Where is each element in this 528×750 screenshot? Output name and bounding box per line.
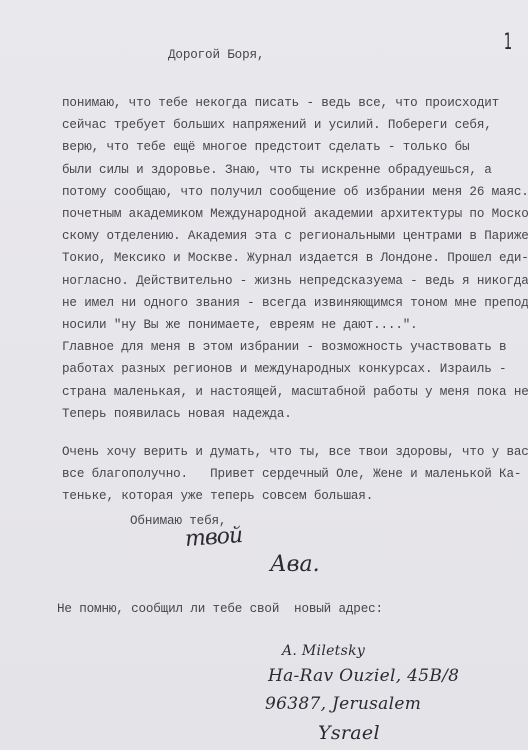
text-line: Теперь появилась новая надежда. (62, 406, 292, 422)
text-line: все благополучно. Привет сердечный Оле, … (62, 466, 521, 482)
text-line: верю, что тебе ещё многое предстоит сдел… (62, 139, 469, 155)
text-line: почетным академиком Международной академ… (62, 206, 528, 222)
text-line: ногласно. Действительно - жизнь непредск… (62, 273, 528, 289)
letter-page: 1 Дорогой Боря, понимаю, что тебе некогд… (0, 0, 528, 750)
text-line: Очень хочу верить и думать, что ты, все … (62, 444, 528, 460)
text-line: Главное для меня в этом избрании - возмо… (62, 339, 506, 355)
text-line: понимаю, что тебе некогда писать - ведь … (62, 95, 499, 111)
address-country: Ysrael (318, 722, 380, 744)
signature-line-1: твой (184, 523, 243, 552)
text-line: были силы и здоровье. Знаю, что ты искре… (62, 162, 492, 178)
text-line: носили "ну Вы же понимаете, евреям не да… (62, 317, 418, 333)
signature-line-2: Ава. (270, 552, 320, 577)
address-name: A. Miletsky (282, 643, 365, 659)
text-line: не имел ни одного звания - всегда извиня… (62, 295, 528, 311)
text-line: теньке, которая уже теперь совсем больша… (62, 488, 373, 504)
text-line: сейчас требует больших напряжений и усил… (62, 117, 492, 133)
text-line: скому отделению. Академия эта с регионал… (62, 228, 528, 244)
text-line: потому сообщаю, что получил сообщение об… (62, 184, 528, 200)
address-street: Ha-Rav Ouziel, 45B/8 (268, 666, 459, 686)
text-line: Токио, Мексико и Москве. Журнал издается… (62, 250, 528, 266)
address-city: 96387, Jerusalem (265, 694, 421, 714)
postscript: Не помню, сообщил ли тебе свой новый адр… (57, 601, 383, 617)
salutation: Дорогой Боря, (168, 47, 264, 63)
page-number: 1 (504, 30, 512, 55)
text-line: работах разных регионов и международных … (62, 361, 506, 377)
text-line: страна маленькая, и настоящей, масштабно… (62, 384, 528, 400)
